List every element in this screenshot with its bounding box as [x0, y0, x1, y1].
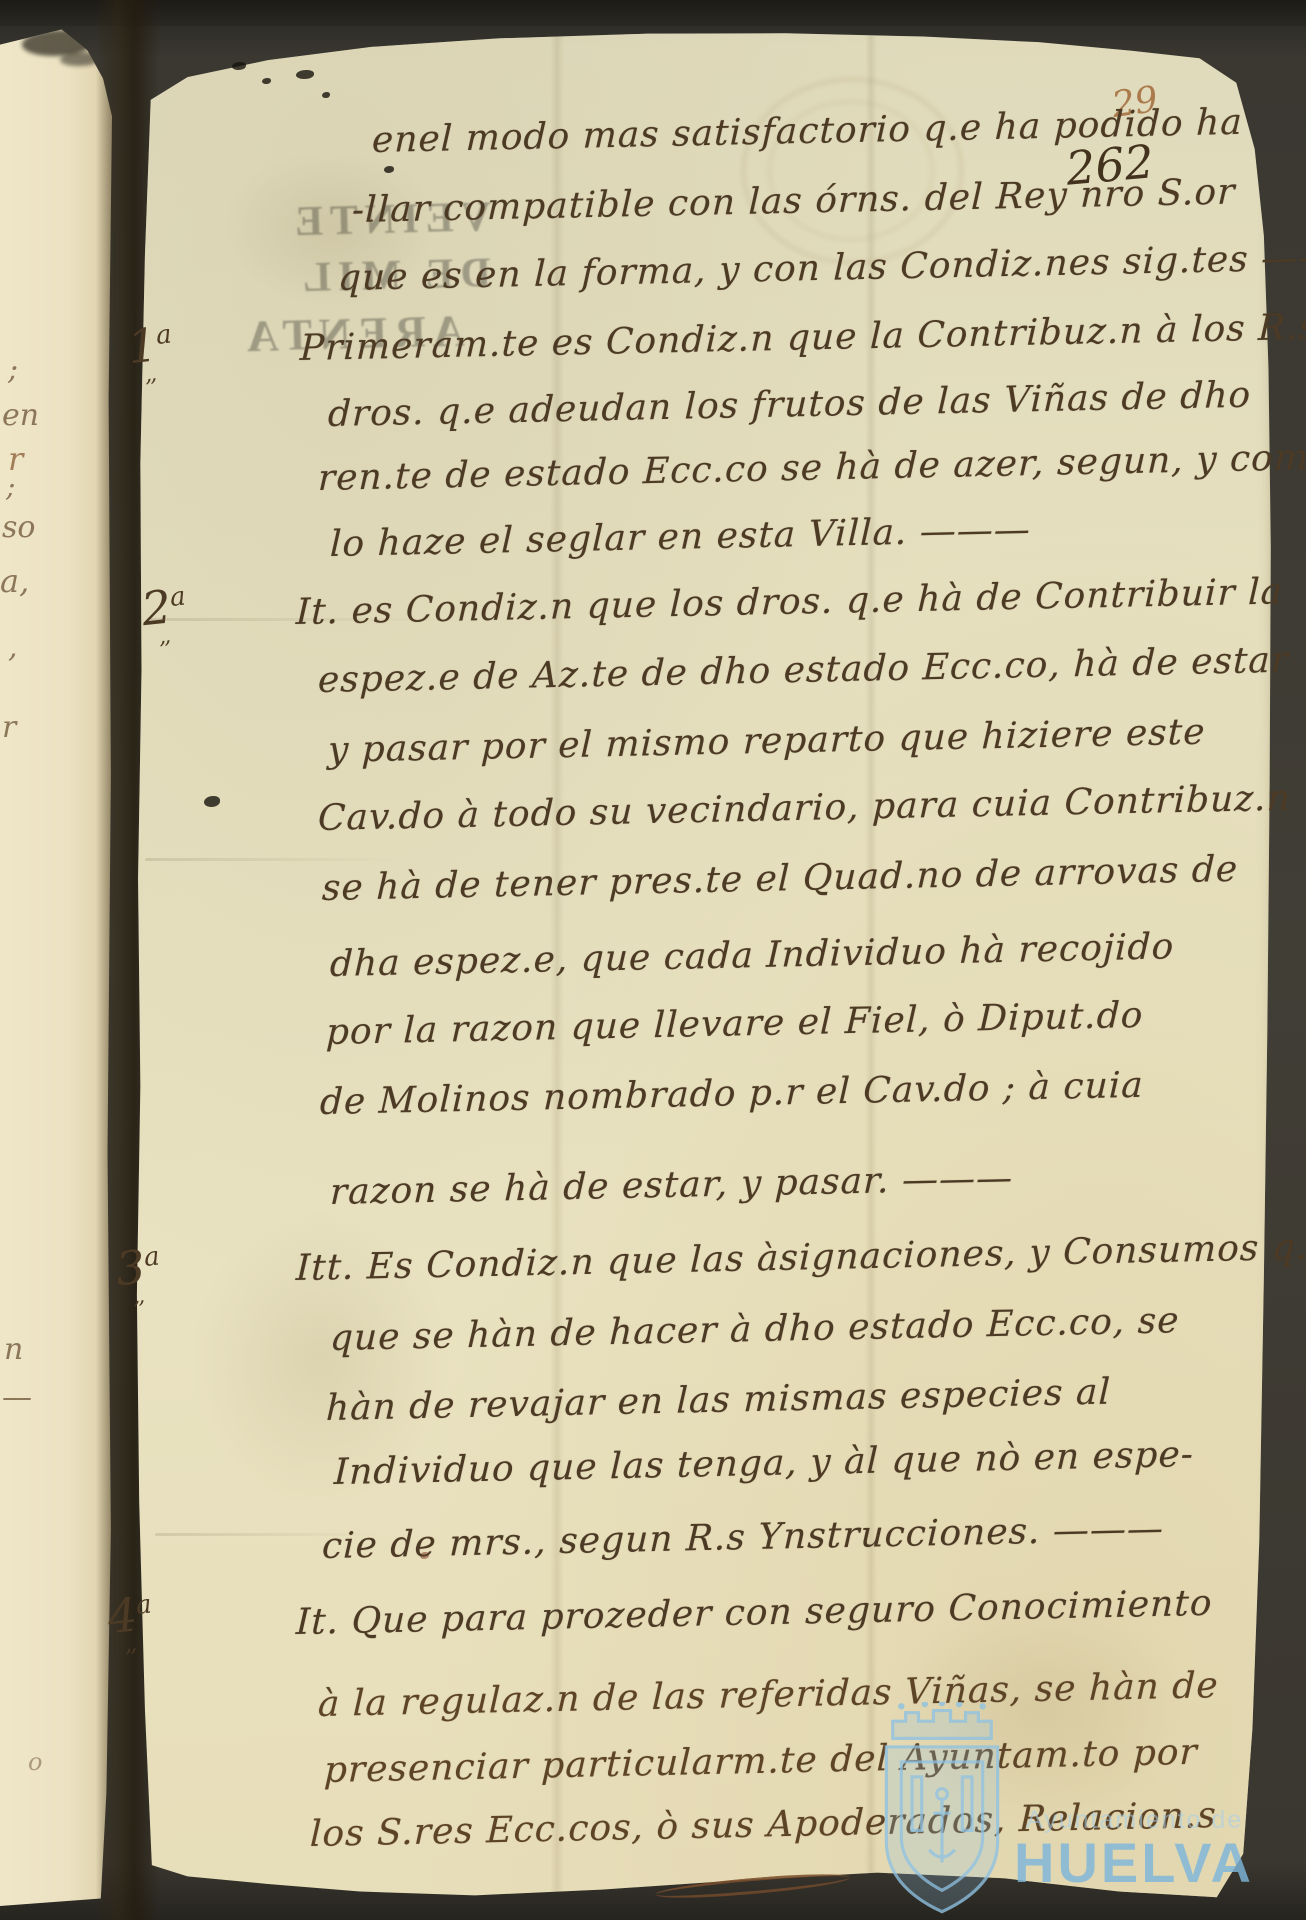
prev-page-text-fragment: so [2, 510, 35, 545]
archive-watermark-name: HUELVA [1014, 1830, 1254, 1895]
margin-marker-3: 3a,, [113, 1238, 164, 1302]
ink-smudge [60, 52, 100, 66]
prev-page-text-fragment: n [4, 1332, 23, 1367]
prev-page-text-fragment: a, [0, 562, 29, 600]
prev-page-text-fragment: — [2, 1380, 32, 1415]
huelva-coat-of-arms [876, 1702, 1008, 1916]
prev-page-text-fragment: , [8, 630, 18, 665]
prev-page-text-fragment: o [28, 1748, 42, 1776]
prev-page-text-fragment: r [2, 710, 16, 745]
prev-page-text-fragment: en [2, 398, 39, 433]
prev-page-text-fragment: ; [8, 352, 18, 387]
margin-marker-4: 4a,, [105, 1586, 156, 1650]
margin-marker-1: 1a,, [125, 316, 176, 380]
scanned-manuscript-document: ; en r ; so a, , r n — o VEINTE DE MIL A… [0, 0, 1306, 1920]
prev-page-text-fragment: ; [6, 470, 15, 503]
paper-streak [145, 858, 405, 861]
margin-marker-2: 2a,, [139, 578, 190, 642]
scan-edge-band [0, 0, 1306, 26]
